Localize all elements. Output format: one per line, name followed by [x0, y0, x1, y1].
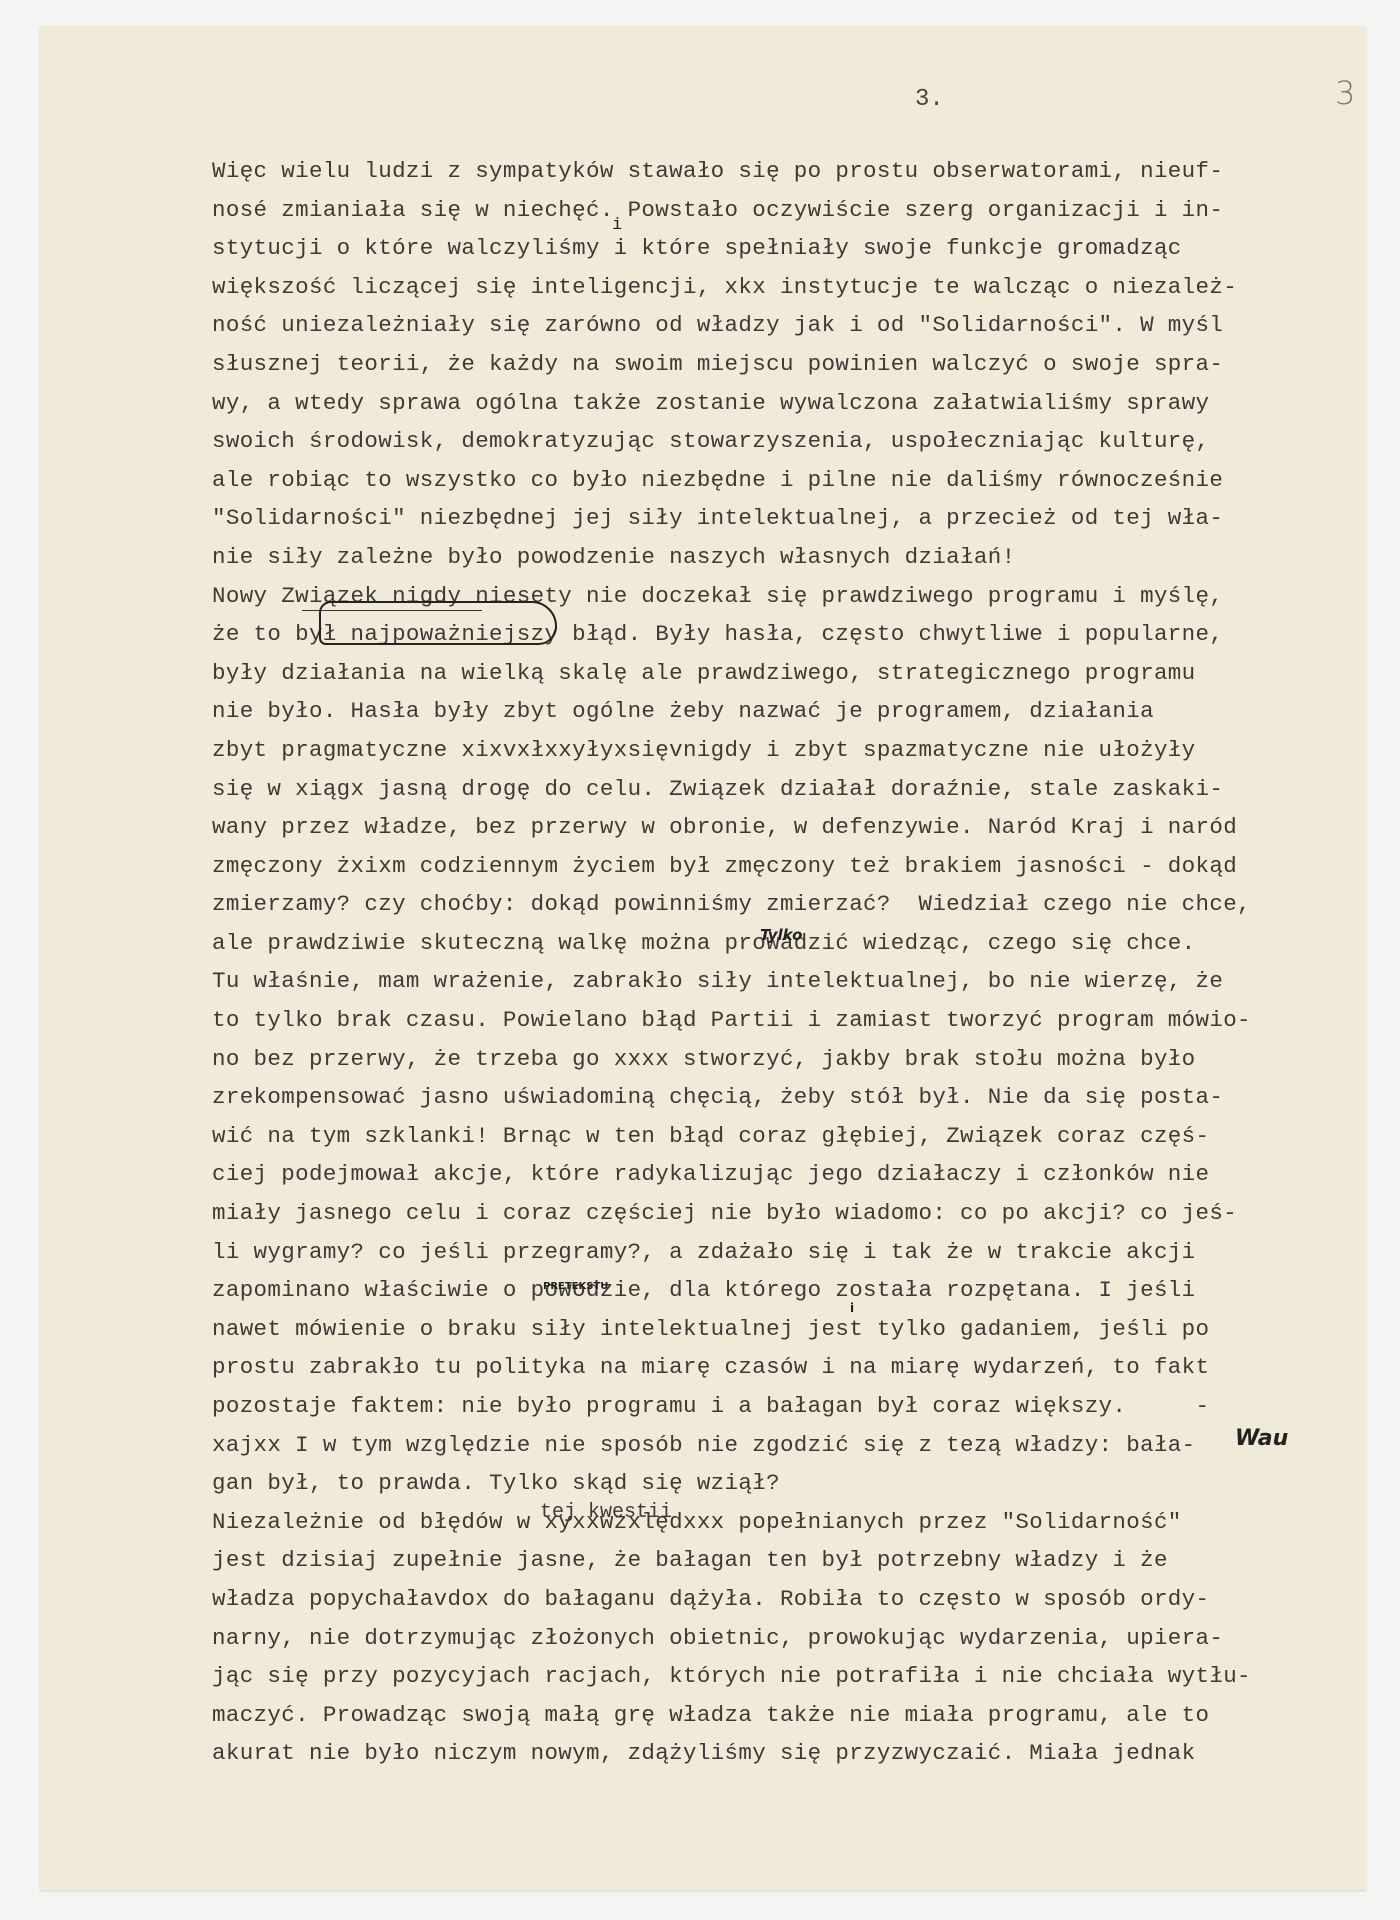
text-line: akurat nie było niczym nowym, zdążyliśmy… — [212, 1734, 1392, 1773]
text-line: stytucji o które walczyliśmy i które spe… — [212, 229, 1392, 268]
text-line: maczyć. Prowadząc swoją małą grę władza … — [212, 1696, 1392, 1735]
text-line: li wygramy? co jeśli przegramy?, a zdaża… — [212, 1233, 1392, 1272]
text-line: zrekompensować jasno uświadominą chęcią,… — [212, 1078, 1392, 1117]
page-number-handwritten: 3 — [1335, 74, 1355, 112]
text-line: gan był, to prawda. Tylko skąd się wziął… — [212, 1464, 1392, 1503]
text-line: zbyt pragmatyczne xixvxłxxyłyxsięvnigdy … — [212, 731, 1392, 770]
hand-note-i: i — [850, 1301, 854, 1315]
text-line: się w xiągx jasną drogę do celu. Związek… — [212, 770, 1392, 809]
text-line: Niezależnie od błędów w xyxxwzxlędxxx po… — [212, 1503, 1392, 1542]
document-body: Więc wielu ludzi z sympatyków stawało si… — [212, 152, 1392, 1773]
hand-scribble: Wau — [1235, 1426, 1288, 1451]
text-line: zmierzamy? czy choćby: dokąd powinniśmy … — [212, 885, 1392, 924]
text-line: wy, a wtedy sprawa ogólna także zostanie… — [212, 384, 1392, 423]
hand-note-pretext: PRETEKSTU — [543, 1281, 608, 1292]
text-line: prostu zabrakło tu polityka na miarę cza… — [212, 1348, 1392, 1387]
text-line: jest dzisiaj zupełnie jasne, że bałagan … — [212, 1541, 1392, 1580]
text-line: ale robiąc to wszystko co było niezbędne… — [212, 461, 1392, 500]
text-line: narny, nie dotrzymując złożonych obietni… — [212, 1619, 1392, 1658]
text-line: jąc się przy pozycyjach racjach, których… — [212, 1657, 1392, 1696]
typed-insert-i: i — [612, 216, 622, 235]
typed-insert-tej-kwestii: tej kwestii — [540, 1501, 672, 1524]
text-line: swoich środowisk, demokratyzując stowarz… — [212, 422, 1392, 461]
text-line: większość liczącej się inteligencji, xkx… — [212, 268, 1392, 307]
text-line: miały jasnego celu i coraz częściej nie … — [212, 1194, 1392, 1233]
text-line: "Solidarności" niezbędnej jej siły intel… — [212, 499, 1392, 538]
text-line: wić na tym szklanki! Brnąc w ten błąd co… — [212, 1117, 1392, 1156]
hand-underline — [302, 610, 482, 611]
text-line: nosé zmianiała się w niechęć. Powstało o… — [212, 191, 1392, 230]
text-line: słusznej teorii, że każdy na swoim miejs… — [212, 345, 1392, 384]
hand-note-tylko: Tylko — [760, 926, 802, 944]
text-line: nie siły zależne było powodzenie naszych… — [212, 538, 1392, 577]
text-line: nie było. Hasła były zbyt ogólne żeby na… — [212, 692, 1392, 731]
page-number-typed: 3. — [915, 86, 944, 113]
text-line: to tylko brak czasu. Powielano błąd Part… — [212, 1001, 1392, 1040]
text-line: nawet mówienie o braku siły intelektualn… — [212, 1310, 1392, 1349]
text-line: ność uniezależniały się zarówno od władz… — [212, 306, 1392, 345]
text-line: zmęczony żxixm codziennym życiem był zmę… — [212, 847, 1392, 886]
text-line: ciej podejmował akcje, które radykalizuj… — [212, 1155, 1392, 1194]
text-line: Więc wielu ludzi z sympatyków stawało si… — [212, 152, 1392, 191]
typewritten-page: 3. 3 Więc wielu ludzi z sympatyków stawa… — [40, 26, 1366, 1890]
text-line: Tu właśnie, mam wrażenie, zabrakło siły … — [212, 962, 1392, 1001]
text-line: były działania na wielką skalę ale prawd… — [212, 654, 1392, 693]
text-line: no bez przerwy, że trzeba go xxxx stworz… — [212, 1040, 1392, 1079]
text-line: zapominano właściwie o powodzie, dla któ… — [212, 1271, 1392, 1310]
hand-circle-mark — [319, 601, 557, 645]
text-line: xajxx I w tym względzie nie sposób nie z… — [212, 1426, 1392, 1465]
text-line: pozostaje faktem: nie było programu i a … — [212, 1387, 1392, 1426]
text-line: władza popychałavdox do bałaganu dążyła.… — [212, 1580, 1392, 1619]
text-line: wany przez władze, bez przerwy w obronie… — [212, 808, 1392, 847]
